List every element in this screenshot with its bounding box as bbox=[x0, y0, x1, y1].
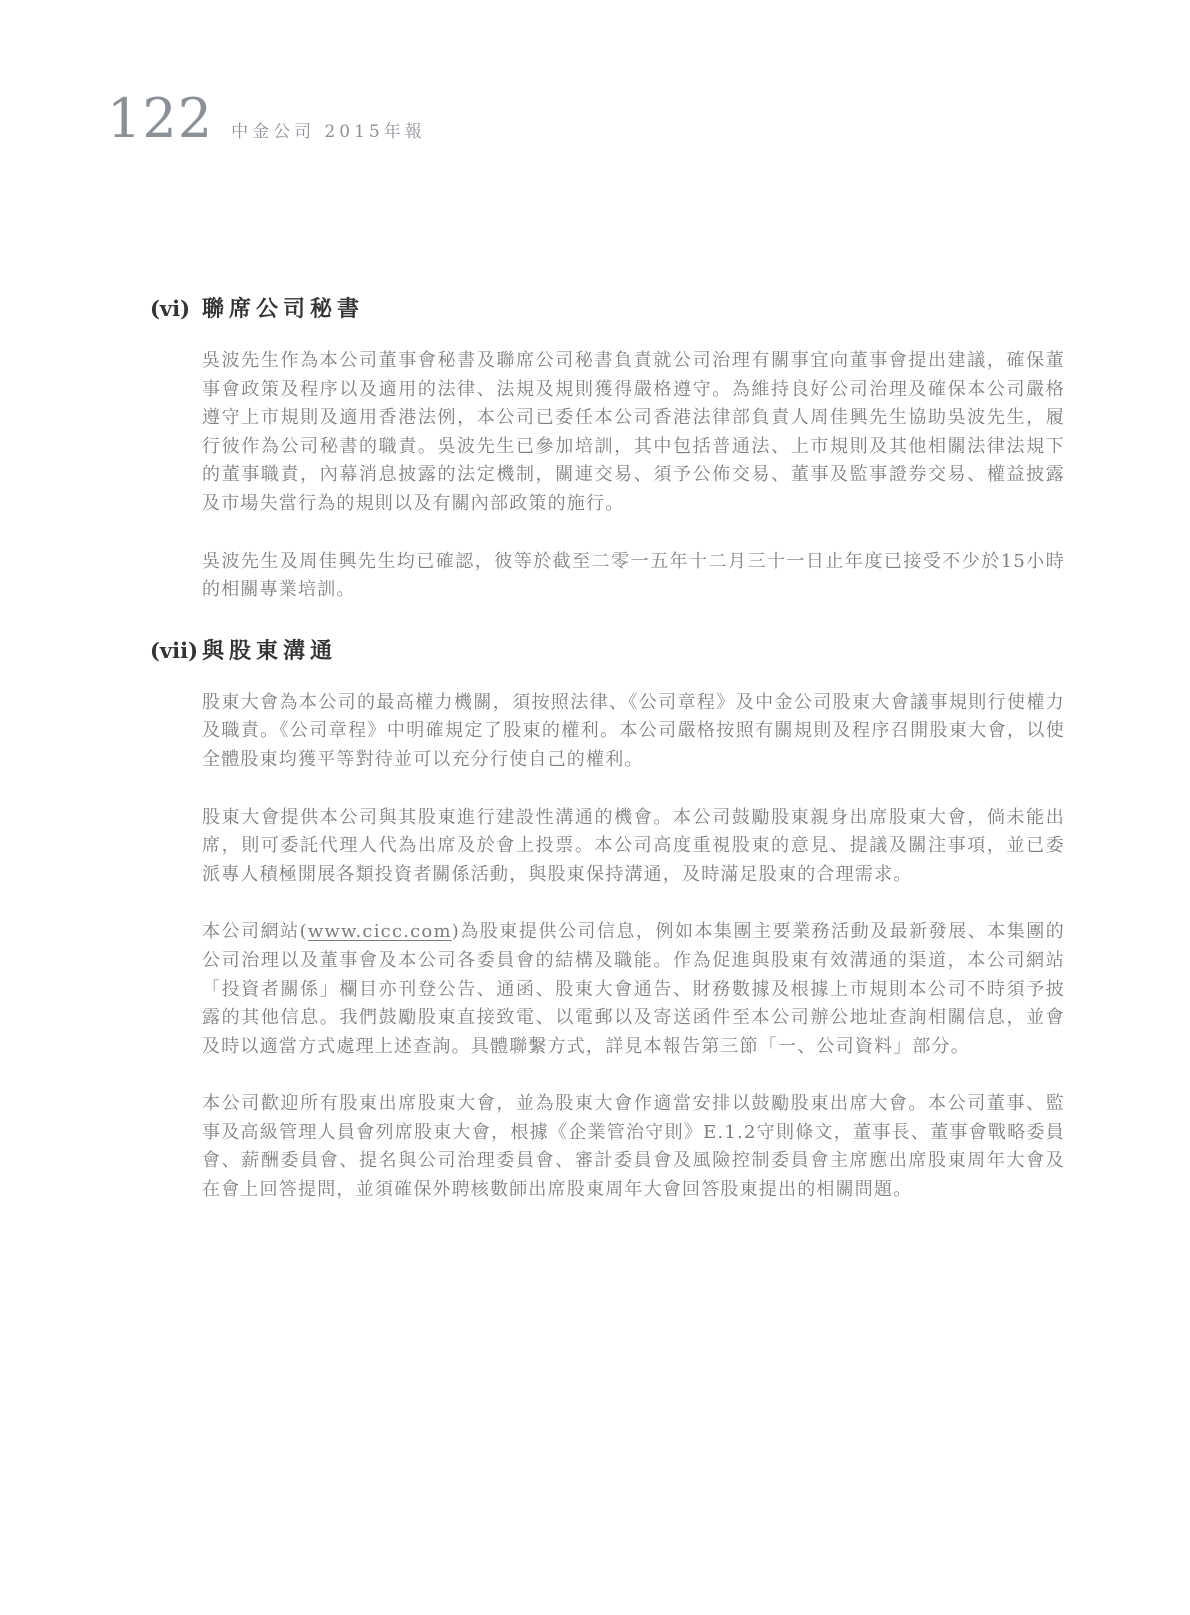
paragraph: 股東大會提供本公司與其股東進行建設性溝通的機會。本公司鼓勵股東親身出席股東大會，… bbox=[202, 804, 1065, 890]
section-co-company-secretaries: (vi) 聯席公司秘書 吳波先生作為本公司董事會秘書及聯席公司秘書負責就公司治理… bbox=[150, 292, 1065, 605]
page-content: (vi) 聯席公司秘書 吳波先生作為本公司董事會秘書及聯席公司秘書負責就公司治理… bbox=[150, 292, 1065, 1234]
document-page: 122 中金公司 2015年報 (vi) 聯席公司秘書 吳波先生作為本公司董事會… bbox=[0, 0, 1190, 1615]
paragraph: 本公司歡迎所有股東出席股東大會，並為股東大會作適當安排以鼓勵股東出席大會。本公司… bbox=[202, 1090, 1065, 1204]
section-title: 聯席公司秘書 bbox=[202, 292, 364, 323]
paragraph: 吳波先生及周佳興先生均已確認，彼等於截至二零一五年十二月三十一日止年度已接受不少… bbox=[202, 548, 1065, 605]
page-number: 122 bbox=[107, 92, 213, 146]
section-communication-with-shareholders: (vii) 與股東溝通 股東大會為本公司的最高權力機關，須按照法律、《公司章程》… bbox=[150, 634, 1065, 1205]
section-body: 股東大會為本公司的最高權力機關，須按照法律、《公司章程》及中金公司股東大會議事規… bbox=[202, 689, 1065, 1205]
paragraph-with-url: 本公司網站(www.cicc.com)為股東提供公司信息，例如本集團主要業務活動… bbox=[202, 918, 1065, 1061]
company-website-url: www.cicc.com bbox=[308, 921, 452, 942]
section-title: 與股東溝通 bbox=[202, 634, 337, 665]
report-title: 中金公司 2015年報 bbox=[231, 117, 426, 142]
section-heading: (vi) 聯席公司秘書 bbox=[150, 292, 1065, 323]
paragraph-text: 本公司網站( bbox=[202, 921, 308, 942]
section-label: (vi) bbox=[150, 296, 202, 321]
section-body: 吳波先生作為本公司董事會秘書及聯席公司秘書負責就公司治理有關事宜向董事會提出建議… bbox=[202, 347, 1065, 605]
section-heading: (vii) 與股東溝通 bbox=[150, 634, 1065, 665]
section-label: (vii) bbox=[150, 638, 202, 663]
paragraph: 吳波先生作為本公司董事會秘書及聯席公司秘書負責就公司治理有關事宜向董事會提出建議… bbox=[202, 347, 1065, 519]
paragraph: 股東大會為本公司的最高權力機關，須按照法律、《公司章程》及中金公司股東大會議事規… bbox=[202, 689, 1065, 775]
page-header: 122 中金公司 2015年報 bbox=[107, 92, 426, 146]
